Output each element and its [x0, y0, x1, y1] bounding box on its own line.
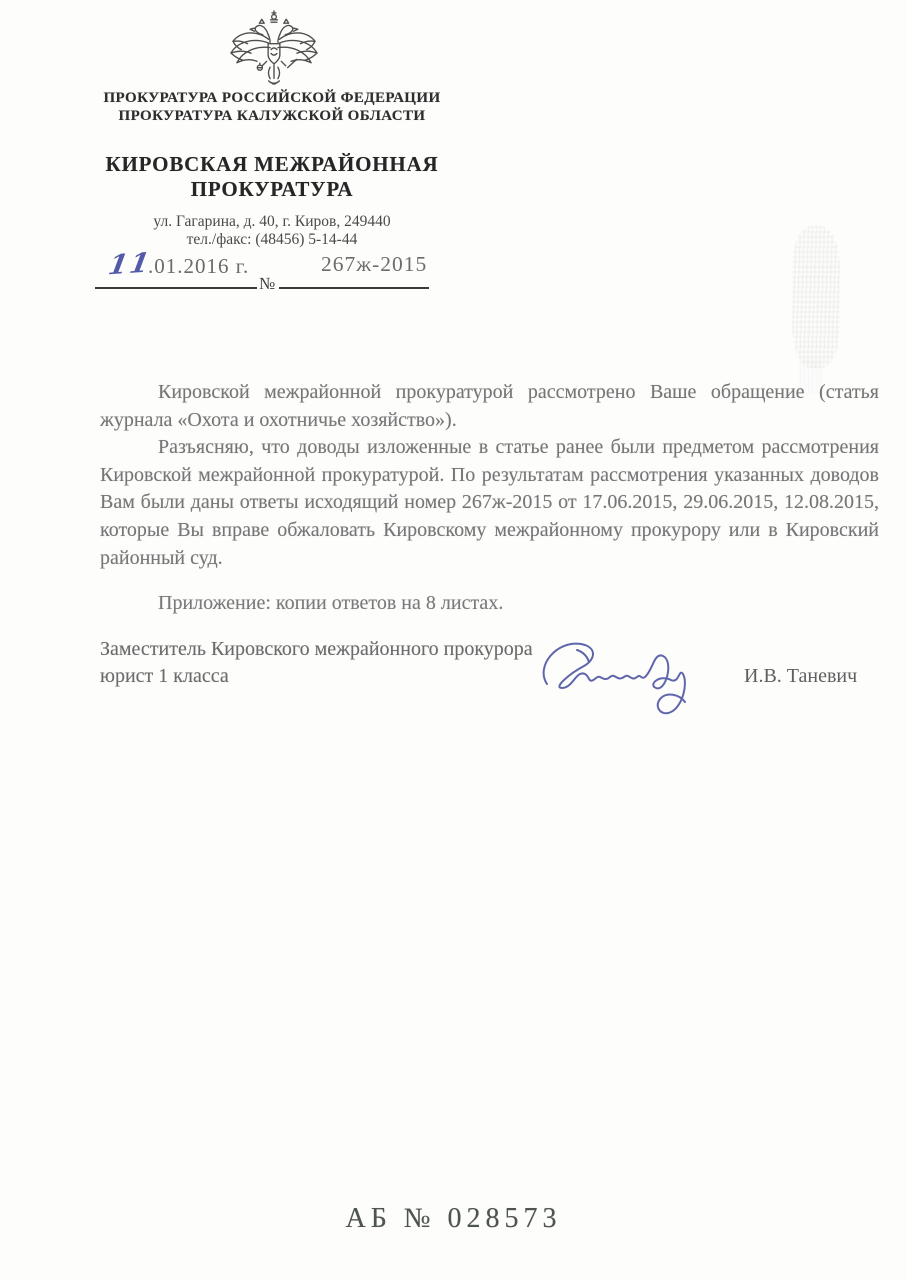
signer-name: И.В. Таневич: [744, 665, 857, 688]
office-address: ул. Гагарина, д. 40, г. Киров, 249440: [88, 213, 456, 231]
number-underline: [279, 287, 429, 289]
handwritten-signature-icon: [533, 628, 701, 728]
form-number: АБ № 028573: [0, 1203, 907, 1235]
office-name-line1: КИРОВСКАЯ МЕЖРАЙОННАЯ: [88, 152, 456, 177]
body-paragraph-1: Кировской межрайонной прокуратурой рассм…: [100, 379, 879, 434]
coat-of-arms-eagle-icon: [225, 10, 323, 96]
outgoing-number: 267ж-2015: [321, 252, 427, 277]
org-name-line2: ПРОКУРАТУРА КАЛУЖСКОЙ ОБЛАСТИ: [88, 108, 456, 126]
office-phone: тел./факс: (48456) 5-14-44: [88, 231, 456, 249]
org-name-line1: ПРОКУРАТУРА РОССИЙСКОЙ ФЕДЕРАЦИИ: [88, 90, 456, 108]
date-underline: [95, 287, 257, 289]
scan-artifact-streak-tail: [800, 360, 822, 394]
signer-position-line1: Заместитель Кировского межрайонного прок…: [100, 636, 879, 663]
handwritten-day: 11: [106, 248, 154, 282]
body-paragraph-2: Разъясняю, что доводы изложенные в стать…: [100, 434, 879, 572]
letter-body: Кировской межрайонной прокуратурой рассм…: [100, 379, 879, 572]
scanned-letter-page: ПРОКУРАТУРА РОССИЙСКОЙ ФЕДЕРАЦИИ ПРОКУРА…: [0, 0, 907, 1280]
office-name-line2: ПРОКУРАТУРА: [88, 177, 456, 202]
letterhead: ПРОКУРАТУРА РОССИЙСКОЙ ФЕДЕРАЦИИ ПРОКУРА…: [88, 90, 456, 249]
date-text: .01.2016 г.: [148, 254, 249, 279]
scan-artifact-streak: [792, 226, 840, 368]
attachment-line: Приложение: копии ответов на 8 листах.: [100, 592, 879, 615]
numero-sign: №: [259, 274, 275, 294]
